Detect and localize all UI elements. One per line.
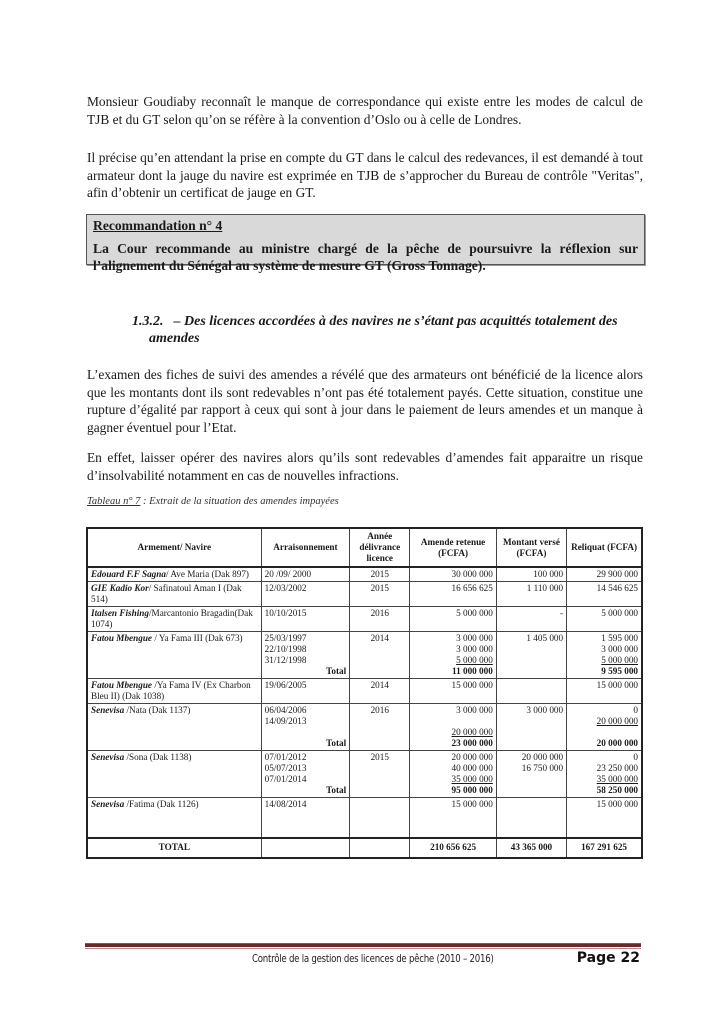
owner-name: GIE Kadio Kor <box>91 583 149 593</box>
amount-line: 35 000 000 <box>413 774 493 785</box>
cell-annee: 2015 <box>350 567 410 582</box>
paragraph-examen: L’examen des fiches de suivi des amendes… <box>87 366 643 436</box>
cell-annee: 2014 <box>350 679 410 704</box>
cell-reliquat: 15 000 000 <box>567 679 642 704</box>
grand-total-row: TOTAL 210 656 625 43 365 000 167 291 625 <box>87 838 642 858</box>
arraisonnement-date: 22/10/1998 <box>265 644 347 655</box>
table-row: Senevisa /Fatima (Dak 1126)14/08/201415 … <box>87 798 642 838</box>
amount-line: 3 000 000 <box>570 644 638 655</box>
table-row: Edouard F.F Sagna/ Ave Maria (Dak 897)20… <box>87 567 642 582</box>
paragraph-en-effet: En effet, laisser opérer des navires alo… <box>87 449 643 484</box>
owner-name: Fatou Mbengue <box>91 680 152 690</box>
paragraph-veritas: Il précise qu’en attendant la prise en c… <box>87 149 643 202</box>
arraisonnement-date: 14/09/2013 <box>265 716 347 727</box>
cell-montant-verse: 1 110 000 <box>496 582 566 607</box>
vessel-name: / Ave Maria (Dak 897) <box>166 569 249 579</box>
amount-line: 5 000 000 <box>570 608 638 619</box>
cell-amende: 20 000 00040 000 00035 000 00095 000 000 <box>410 751 497 798</box>
cell-arraisonnement: 12/03/2002 <box>261 582 350 607</box>
amount-line <box>413 716 493 727</box>
cell-annee <box>350 798 410 838</box>
header-arraisonnement: Arraisonnement <box>261 528 350 567</box>
vessel-name: /Nata (Dak 1137) <box>124 705 190 715</box>
cell-arraisonnement: 20 /09/ 2000 <box>261 567 350 582</box>
cell-armement-navire: Senevisa /Sona (Dak 1138) <box>87 751 261 798</box>
cell-annee: 2016 <box>350 607 410 632</box>
footer-title: Contrôle de la gestion des licences de p… <box>252 953 494 965</box>
arraisonnement-date: 31/12/1998 <box>265 655 347 666</box>
recommendation-body: La Cour recommande au ministre chargé de… <box>93 241 638 274</box>
spacer <box>265 727 347 738</box>
amount-line: 20 000 000 <box>570 716 638 727</box>
arraisonnement-date: 12/03/2002 <box>265 583 347 594</box>
amount-line: 40 000 000 <box>413 763 493 774</box>
cell-amende: 16 656 625 <box>410 582 497 607</box>
cell-amende: 3 000 0003 000 0005 000 00011 000 000 <box>410 632 497 679</box>
cell-amende: 3 000 00020 000 00023 000 000 <box>410 704 497 751</box>
recommendation-title: Recommandation n° 4 <box>93 217 638 234</box>
header-annee: Année délivrance licence <box>350 528 410 567</box>
cell-reliquat: 023 250 00035 000 00058 250 000 <box>567 751 642 798</box>
section-title-line2: amendes <box>132 330 644 347</box>
amount-line: 20 000 000 <box>413 727 493 738</box>
amount-total: 58 250 000 <box>570 785 638 796</box>
arraisonnement-date: 14/08/2014 <box>265 799 347 810</box>
page-number: Page 22 <box>577 950 640 966</box>
header-montant-verse: Montant versé (FCFA) <box>496 528 566 567</box>
amount-line: 29 900 000 <box>570 569 638 580</box>
arraisonnement-date: 20 /09/ 2000 <box>265 569 347 580</box>
amount-line: 14 546 625 <box>570 583 638 594</box>
owner-name: Edouard F.F Sagna <box>91 569 166 579</box>
vessel-name: /Fatima (Dak 1126) <box>124 799 198 809</box>
cell-reliquat: 1 595 0003 000 0005 000 0009 595 000 <box>567 632 642 679</box>
total-label: Total <box>265 785 347 796</box>
cell-montant-verse <box>496 679 566 704</box>
cell-arraisonnement: 06/04/200614/09/2013Total <box>261 704 350 751</box>
amount-line: 0 <box>570 705 638 716</box>
amount-line: - <box>500 608 563 619</box>
cell-amende: 5 000 000 <box>410 607 497 632</box>
table-row: Fatou Mbengue /Ya Fama IV (Ex Charbon Bl… <box>87 679 642 704</box>
amount-line: 3 000 000 <box>413 644 493 655</box>
section-title-line1: – Des licences accordées à des navires n… <box>174 314 618 329</box>
document-page: Monsieur Goudiaby reconnaît le manque de… <box>0 0 724 1024</box>
cell-montant-verse: 1 405 000 <box>496 632 566 679</box>
grand-total-empty-1 <box>261 838 350 858</box>
amount-line: 35 000 000 <box>570 774 638 785</box>
table-caption: Tableau n° 7 : Extrait de la situation d… <box>87 496 339 507</box>
cell-armement-navire: Italsen Fishing/Marcantonio Bragadin(Dak… <box>87 607 261 632</box>
footer-divider <box>85 943 641 947</box>
cell-armement-navire: Senevisa /Fatima (Dak 1126) <box>87 798 261 838</box>
amount-line: 0 <box>570 752 638 763</box>
amount-line: 15 000 000 <box>570 680 638 691</box>
cell-armement-navire: GIE Kadio Kor/ Safinatoul Aman I (Dak 51… <box>87 582 261 607</box>
table-row: Italsen Fishing/Marcantonio Bragadin(Dak… <box>87 607 642 632</box>
cell-arraisonnement: 07/01/201205/07/201307/01/2014Total <box>261 751 350 798</box>
owner-name: Senevisa <box>91 752 124 762</box>
vessel-name: /Sona (Dak 1138) <box>124 752 191 762</box>
recommendation-box: Recommandation n° 4 La Cour recommande a… <box>86 214 645 265</box>
amount-line: 100 000 <box>500 569 563 580</box>
amount-line: 15 000 000 <box>570 799 638 810</box>
amount-line: 1 110 000 <box>500 583 563 594</box>
section-heading: 1.3.2.– Des licences accordées à des nav… <box>132 313 644 347</box>
header-armement-navire: Armement/ Navire <box>87 528 261 567</box>
total-label: Total <box>265 666 347 677</box>
cell-armement-navire: Senevisa /Nata (Dak 1137) <box>87 704 261 751</box>
grand-total-reliquat: 167 291 625 <box>567 838 642 858</box>
grand-total-amende: 210 656 625 <box>410 838 497 858</box>
spacer <box>570 727 638 738</box>
cell-amende: 15 000 000 <box>410 679 497 704</box>
cell-annee: 2016 <box>350 704 410 751</box>
table-row: GIE Kadio Kor/ Safinatoul Aman I (Dak 51… <box>87 582 642 607</box>
arraisonnement-date: 05/07/2013 <box>265 763 347 774</box>
arraisonnement-date: 25/03/1997 <box>265 633 347 644</box>
amount-total: 11 000 000 <box>413 666 493 677</box>
cell-arraisonnement: 25/03/199722/10/199831/12/1998Total <box>261 632 350 679</box>
owner-name: Senevisa <box>91 799 124 809</box>
amount-line: 1 405 000 <box>500 633 563 644</box>
paragraph-goudiaby: Monsieur Goudiaby reconnaît le manque de… <box>87 93 643 128</box>
owner-name: Italsen Fishing <box>91 608 149 618</box>
table-body: Edouard F.F Sagna/ Ave Maria (Dak 897)20… <box>87 567 642 838</box>
section-number: 1.3.2. <box>132 314 164 329</box>
amount-line <box>500 799 563 810</box>
amount-line: 30 000 000 <box>413 569 493 580</box>
grand-total-label: TOTAL <box>87 838 261 858</box>
cell-annee: 2014 <box>350 632 410 679</box>
amount-total: 20 000 000 <box>570 738 638 749</box>
owner-name: Senevisa <box>91 705 124 715</box>
amount-line: 20 000 000 <box>500 752 563 763</box>
cell-amende: 30 000 000 <box>410 567 497 582</box>
cell-montant-verse <box>496 798 566 838</box>
table-caption-label: Tableau n° 7 <box>87 496 140 507</box>
cell-arraisonnement: 19/06/2005 <box>261 679 350 704</box>
arraisonnement-date: 07/01/2012 <box>265 752 347 763</box>
cell-arraisonnement: 14/08/2014 <box>261 798 350 838</box>
amount-line <box>500 680 563 691</box>
amount-total: 9 595 000 <box>570 666 638 677</box>
cell-annee: 2015 <box>350 582 410 607</box>
arraisonnement-date: 19/06/2005 <box>265 680 347 691</box>
amount-line: 15 000 000 <box>413 680 493 691</box>
grand-total-verse: 43 365 000 <box>496 838 566 858</box>
unpaid-fines-table: Armement/ Navire Arraisonnement Année dé… <box>86 527 643 859</box>
amount-line: 16 656 625 <box>413 583 493 594</box>
amount-total: 95 000 000 <box>413 785 493 796</box>
amount-total: 23 000 000 <box>413 738 493 749</box>
cell-reliquat: 020 000 00020 000 000 <box>567 704 642 751</box>
header-reliquat: Reliquat (FCFA) <box>567 528 642 567</box>
cell-reliquat: 5 000 000 <box>567 607 642 632</box>
cell-annee: 2015 <box>350 751 410 798</box>
amount-line: 5 000 000 <box>413 608 493 619</box>
table-caption-text: : Extrait de la situation des amendes im… <box>140 496 338 507</box>
cell-armement-navire: Fatou Mbengue /Ya Fama IV (Ex Charbon Bl… <box>87 679 261 704</box>
cell-reliquat: 14 546 625 <box>567 582 642 607</box>
amount-line: 23 250 000 <box>570 763 638 774</box>
cell-montant-verse: 3 000 000 <box>496 704 566 751</box>
header-amende: Amende retenue (FCFA) <box>410 528 497 567</box>
amount-line: 16 750 000 <box>500 763 563 774</box>
footer-divider-thin <box>85 948 641 949</box>
cell-montant-verse: 20 000 00016 750 000 <box>496 751 566 798</box>
total-label: Total <box>265 738 347 749</box>
amount-line: 3 000 000 <box>500 705 563 716</box>
amount-line: 15 000 000 <box>413 799 493 810</box>
arraisonnement-date: 07/01/2014 <box>265 774 347 785</box>
cell-armement-navire: Fatou Mbengue / Ya Fama III (Dak 673) <box>87 632 261 679</box>
table-header-row: Armement/ Navire Arraisonnement Année dé… <box>87 528 642 567</box>
cell-reliquat: 15 000 000 <box>567 798 642 838</box>
table-row: Fatou Mbengue / Ya Fama III (Dak 673)25/… <box>87 632 642 679</box>
cell-montant-verse: 100 000 <box>496 567 566 582</box>
amount-line: 1 595 000 <box>570 633 638 644</box>
amount-line: 20 000 000 <box>413 752 493 763</box>
cell-amende: 15 000 000 <box>410 798 497 838</box>
amount-line: 3 000 000 <box>413 633 493 644</box>
owner-name: Fatou Mbengue <box>91 633 152 643</box>
vessel-name: / Ya Fama III (Dak 673) <box>152 633 243 643</box>
cell-reliquat: 29 900 000 <box>567 567 642 582</box>
amount-line: 3 000 000 <box>413 705 493 716</box>
cell-arraisonnement: 10/10/2015 <box>261 607 350 632</box>
amount-line: 5 000 000 <box>413 655 493 666</box>
grand-total-empty-2 <box>350 838 410 858</box>
table-row: Senevisa /Sona (Dak 1138)07/01/201205/07… <box>87 751 642 798</box>
amount-line: 5 000 000 <box>570 655 638 666</box>
cell-armement-navire: Edouard F.F Sagna/ Ave Maria (Dak 897) <box>87 567 261 582</box>
table-row: Senevisa /Nata (Dak 1137)06/04/200614/09… <box>87 704 642 751</box>
cell-montant-verse: - <box>496 607 566 632</box>
arraisonnement-date: 10/10/2015 <box>265 608 347 619</box>
arraisonnement-date: 06/04/2006 <box>265 705 347 716</box>
